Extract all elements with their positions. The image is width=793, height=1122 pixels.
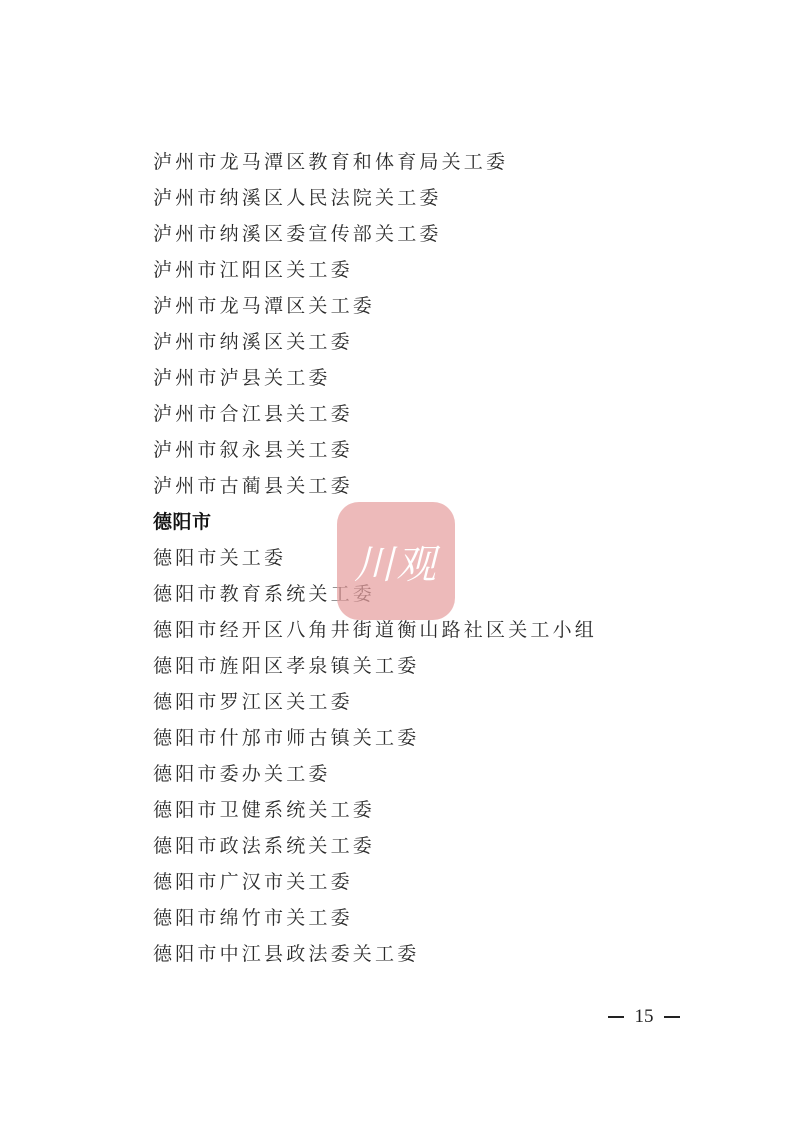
list-item: 德阳市广汉市关工委 [153,864,597,900]
dash-right [664,1016,680,1018]
list-item: 泸州市纳溪区关工委 [153,324,597,360]
list-item: 德阳市中江县政法委关工委 [153,936,597,972]
dash-left [608,1016,624,1018]
list-item: 德阳市政法系统关工委 [153,828,597,864]
list-item: 泸州市泸县关工委 [153,360,597,396]
list-item: 泸州市龙马潭区关工委 [153,288,597,324]
list-item: 德阳市卫健系统关工委 [153,792,597,828]
list-item: 泸州市古蔺县关工委 [153,468,597,504]
list-item: 泸州市纳溪区委宣传部关工委 [153,216,597,252]
list-item: 泸州市纳溪区人民法院关工委 [153,180,597,216]
list-item: 泸州市龙马潭区教育和体育局关工委 [153,144,597,180]
list-item: 德阳市绵竹市关工委 [153,900,597,936]
list-item: 德阳市什邡市师古镇关工委 [153,720,597,756]
watermark-logo: 川观 [337,502,455,620]
watermark-text: 川观 [354,533,438,590]
list-item: 泸州市江阳区关工委 [153,252,597,288]
list-item: 泸州市合江县关工委 [153,396,597,432]
list-item: 德阳市旌阳区孝泉镇关工委 [153,648,597,684]
list-item: 德阳市委办关工委 [153,756,597,792]
list-item: 泸州市叙永县关工委 [153,432,597,468]
page-number: 15 [608,1006,680,1028]
page-number-value: 15 [635,1006,654,1028]
list-item: 德阳市罗江区关工委 [153,684,597,720]
document-page: 泸州市龙马潭区教育和体育局关工委 泸州市纳溪区人民法院关工委 泸州市纳溪区委宣传… [0,0,793,1122]
